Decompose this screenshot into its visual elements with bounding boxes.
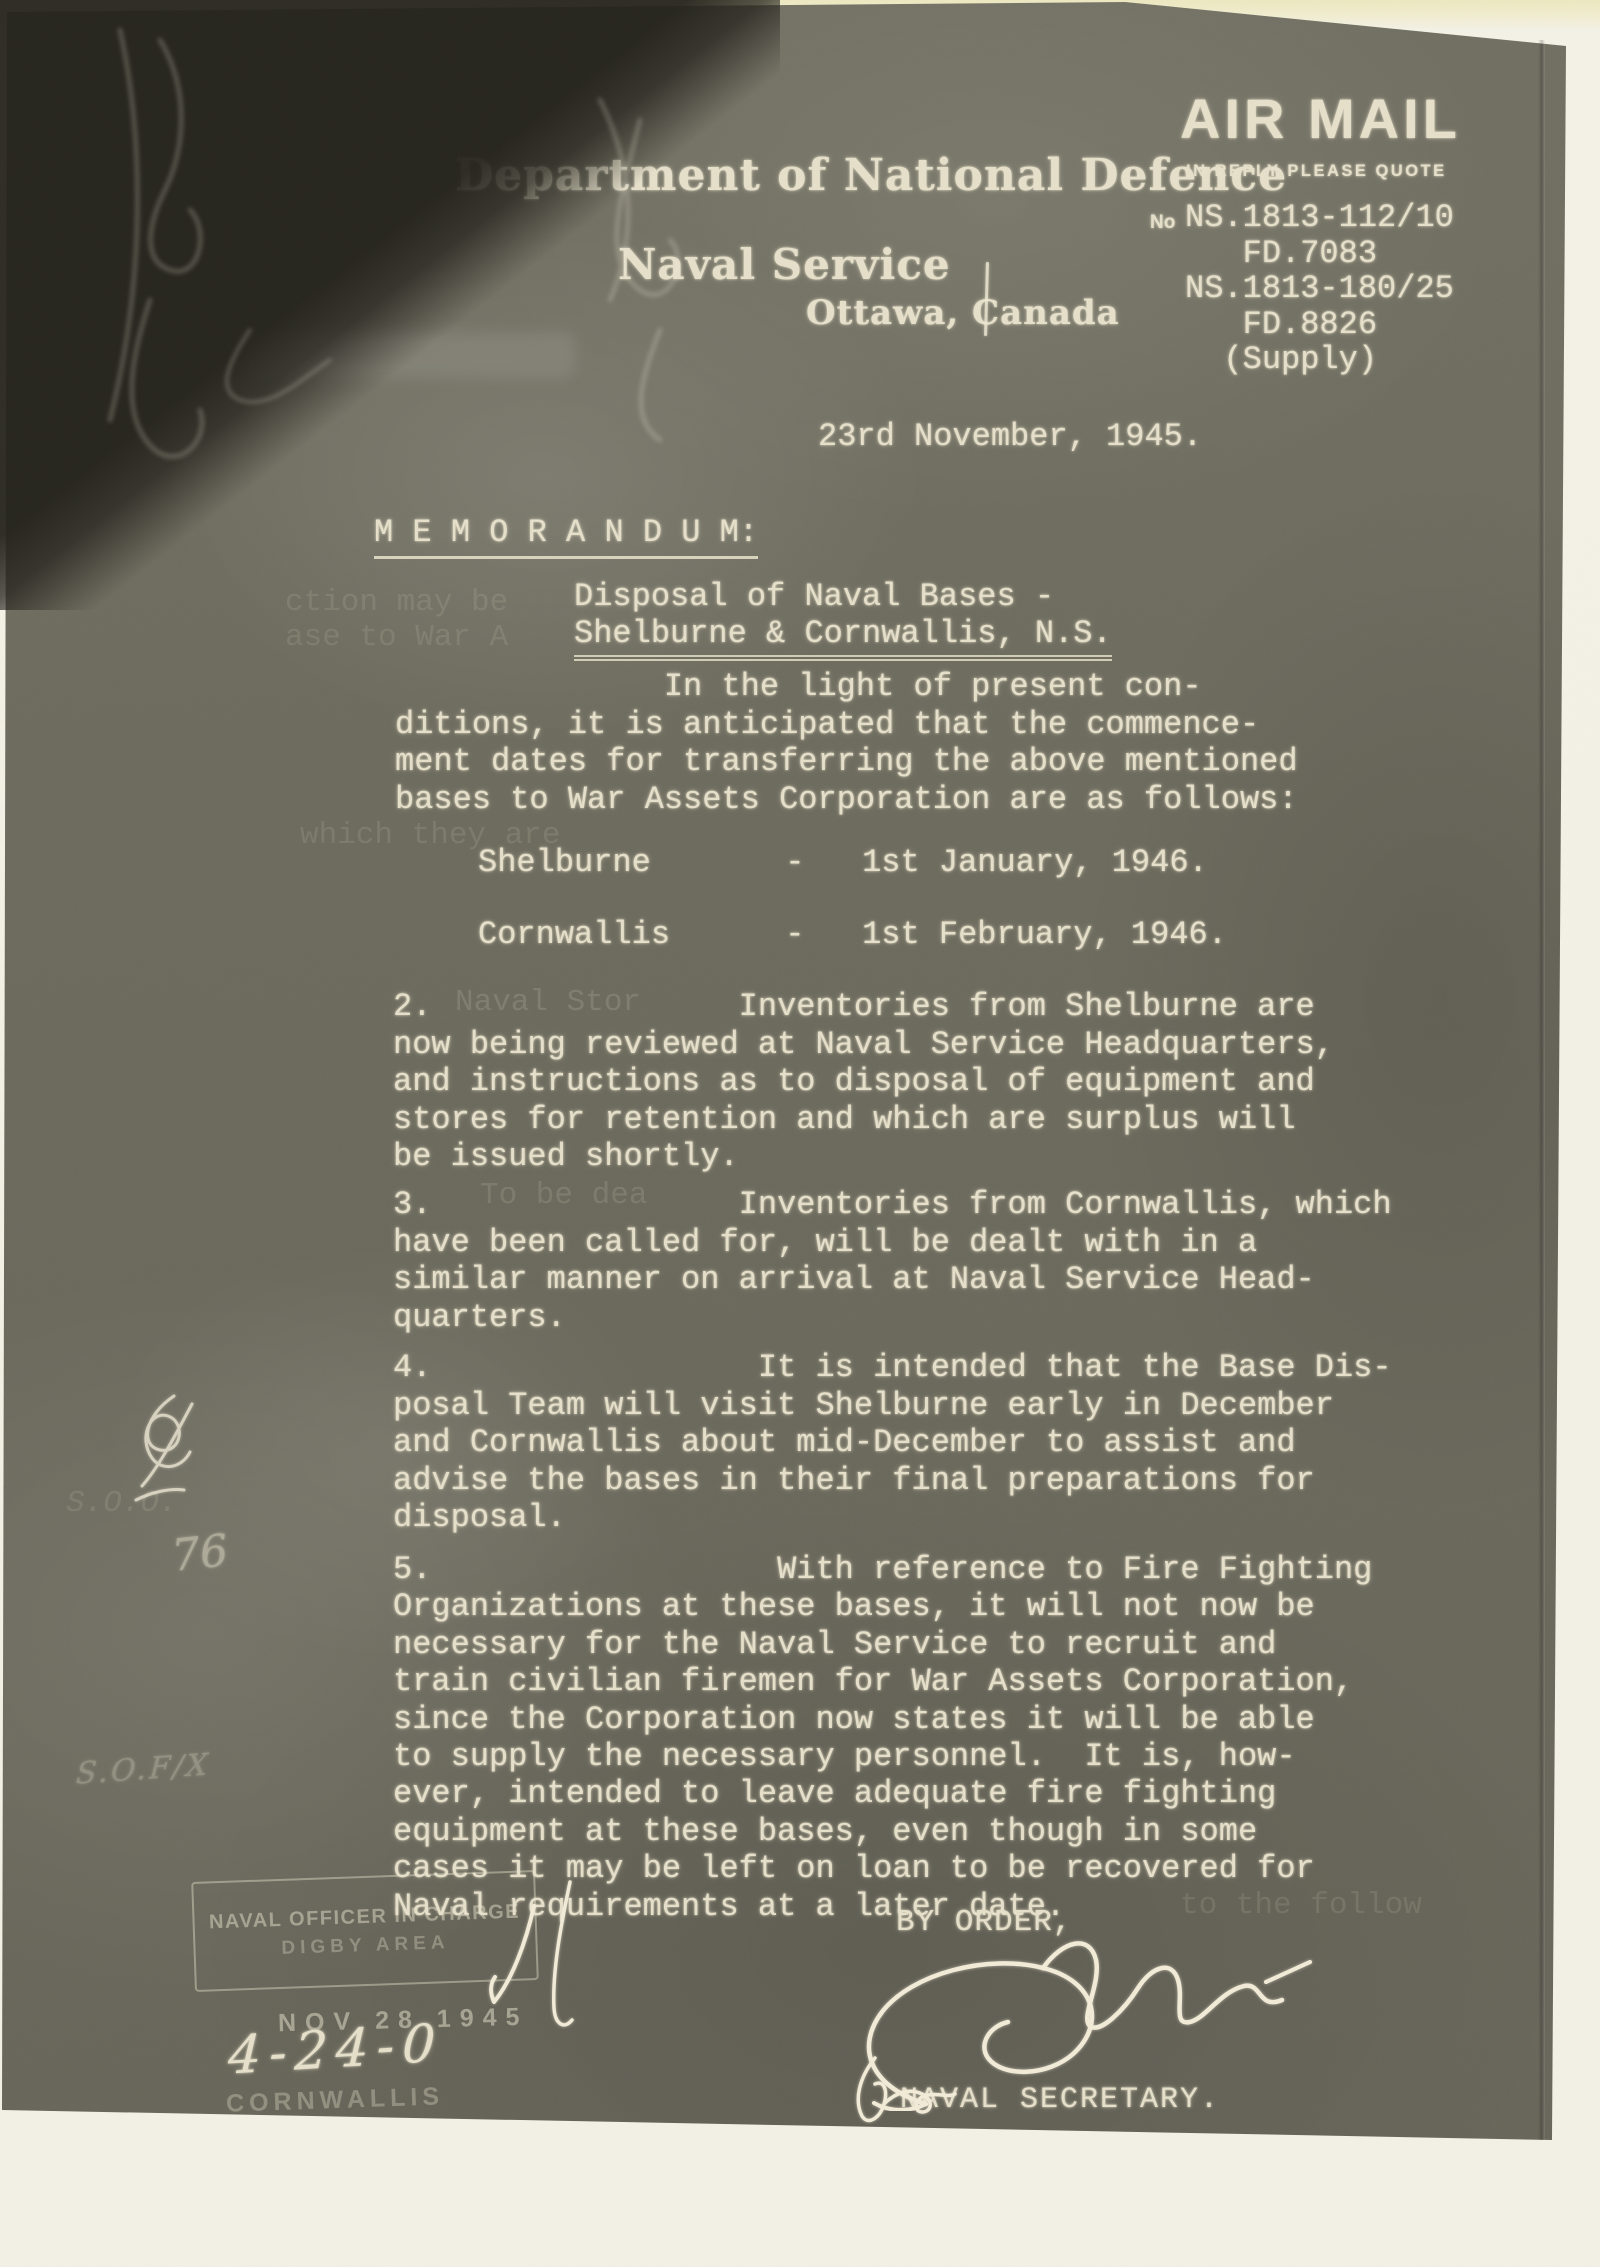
paragraph-3: 3. Inventories from Cornwallis, which ha… [393, 1186, 1392, 1336]
memo-date: 23rd November, 1945. [818, 418, 1202, 456]
corner-scratches [0, 0, 760, 600]
air-mail-label: AIR MAIL [1180, 86, 1461, 151]
reply-quote-label: IN REPLY PLEASE QUOTE [1186, 162, 1447, 181]
paragraph-4: 4. It is intended that the Base Dis- pos… [393, 1349, 1392, 1537]
scanned-memo-page: Department of National Defence Naval Ser… [0, 0, 1600, 2267]
transfer-schedule: Shelburne - 1st January, 1946. Cornwalli… [478, 845, 1227, 953]
subject-line-2: Shelburne & Cornwallis, N.S. [574, 615, 1112, 661]
pen-stroke [540, 1878, 586, 2040]
file-number-prefix: No [1150, 212, 1175, 234]
ghost-text: ase to War A [285, 620, 508, 655]
officer-stamp-line1: NAVAL OFFICER IN CHARGE [209, 1900, 521, 1934]
officer-stamp-line2: DIGBY AREA [281, 1932, 450, 1960]
paragraph-1: In the light of present con- ditions, it… [395, 668, 1298, 818]
letterhead-city: Ottawa, Canada [806, 293, 1120, 333]
handwritten-for [845, 2050, 965, 2125]
file-numbers: NS.1813-112/10 FD.7083 NS.1813-180/25 FD… [1185, 200, 1454, 378]
checkmark-icon [478, 1900, 544, 2016]
paragraph-5: 5. With reference to Fire Fighting Organ… [393, 1551, 1372, 1925]
handwritten-76: 76 [169, 1525, 230, 1582]
paper-crease [1538, 40, 1545, 2140]
margin-initials [112, 1388, 208, 1514]
paragraph-2: 2. Inventories from Shelburne are now be… [393, 988, 1334, 1176]
